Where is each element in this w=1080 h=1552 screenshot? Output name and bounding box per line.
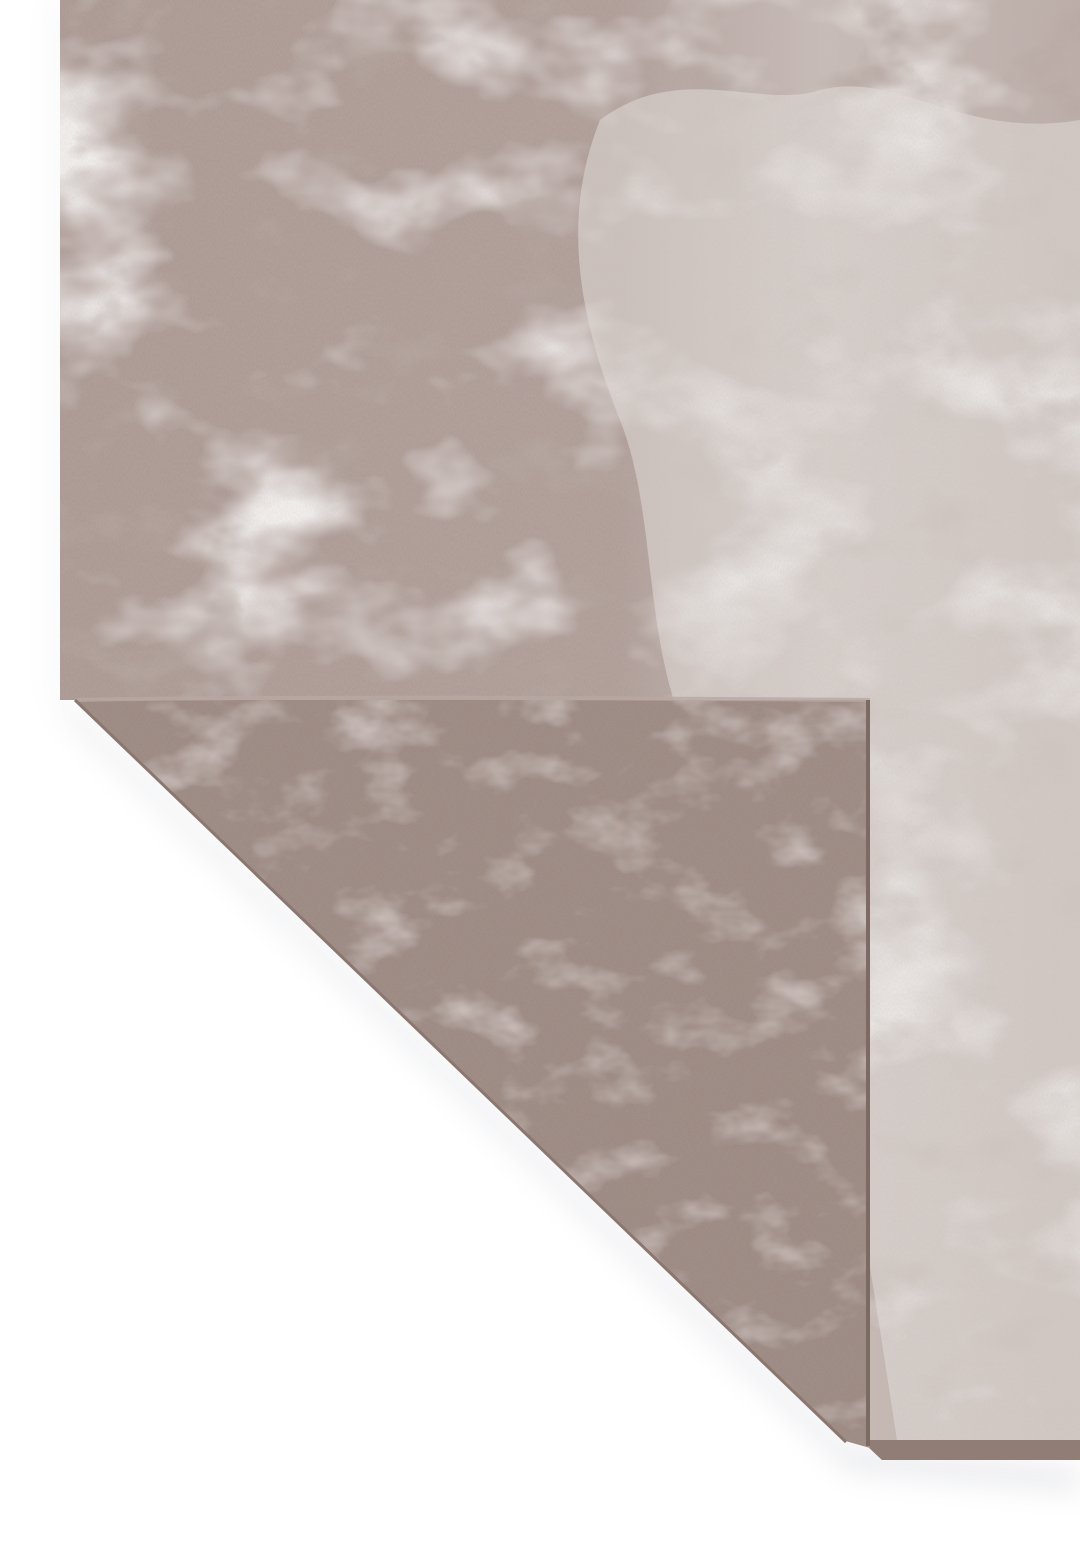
fold-edge-top <box>75 698 870 700</box>
rug-scene <box>0 0 1080 1552</box>
rug-binding-bottom <box>860 1440 1080 1460</box>
